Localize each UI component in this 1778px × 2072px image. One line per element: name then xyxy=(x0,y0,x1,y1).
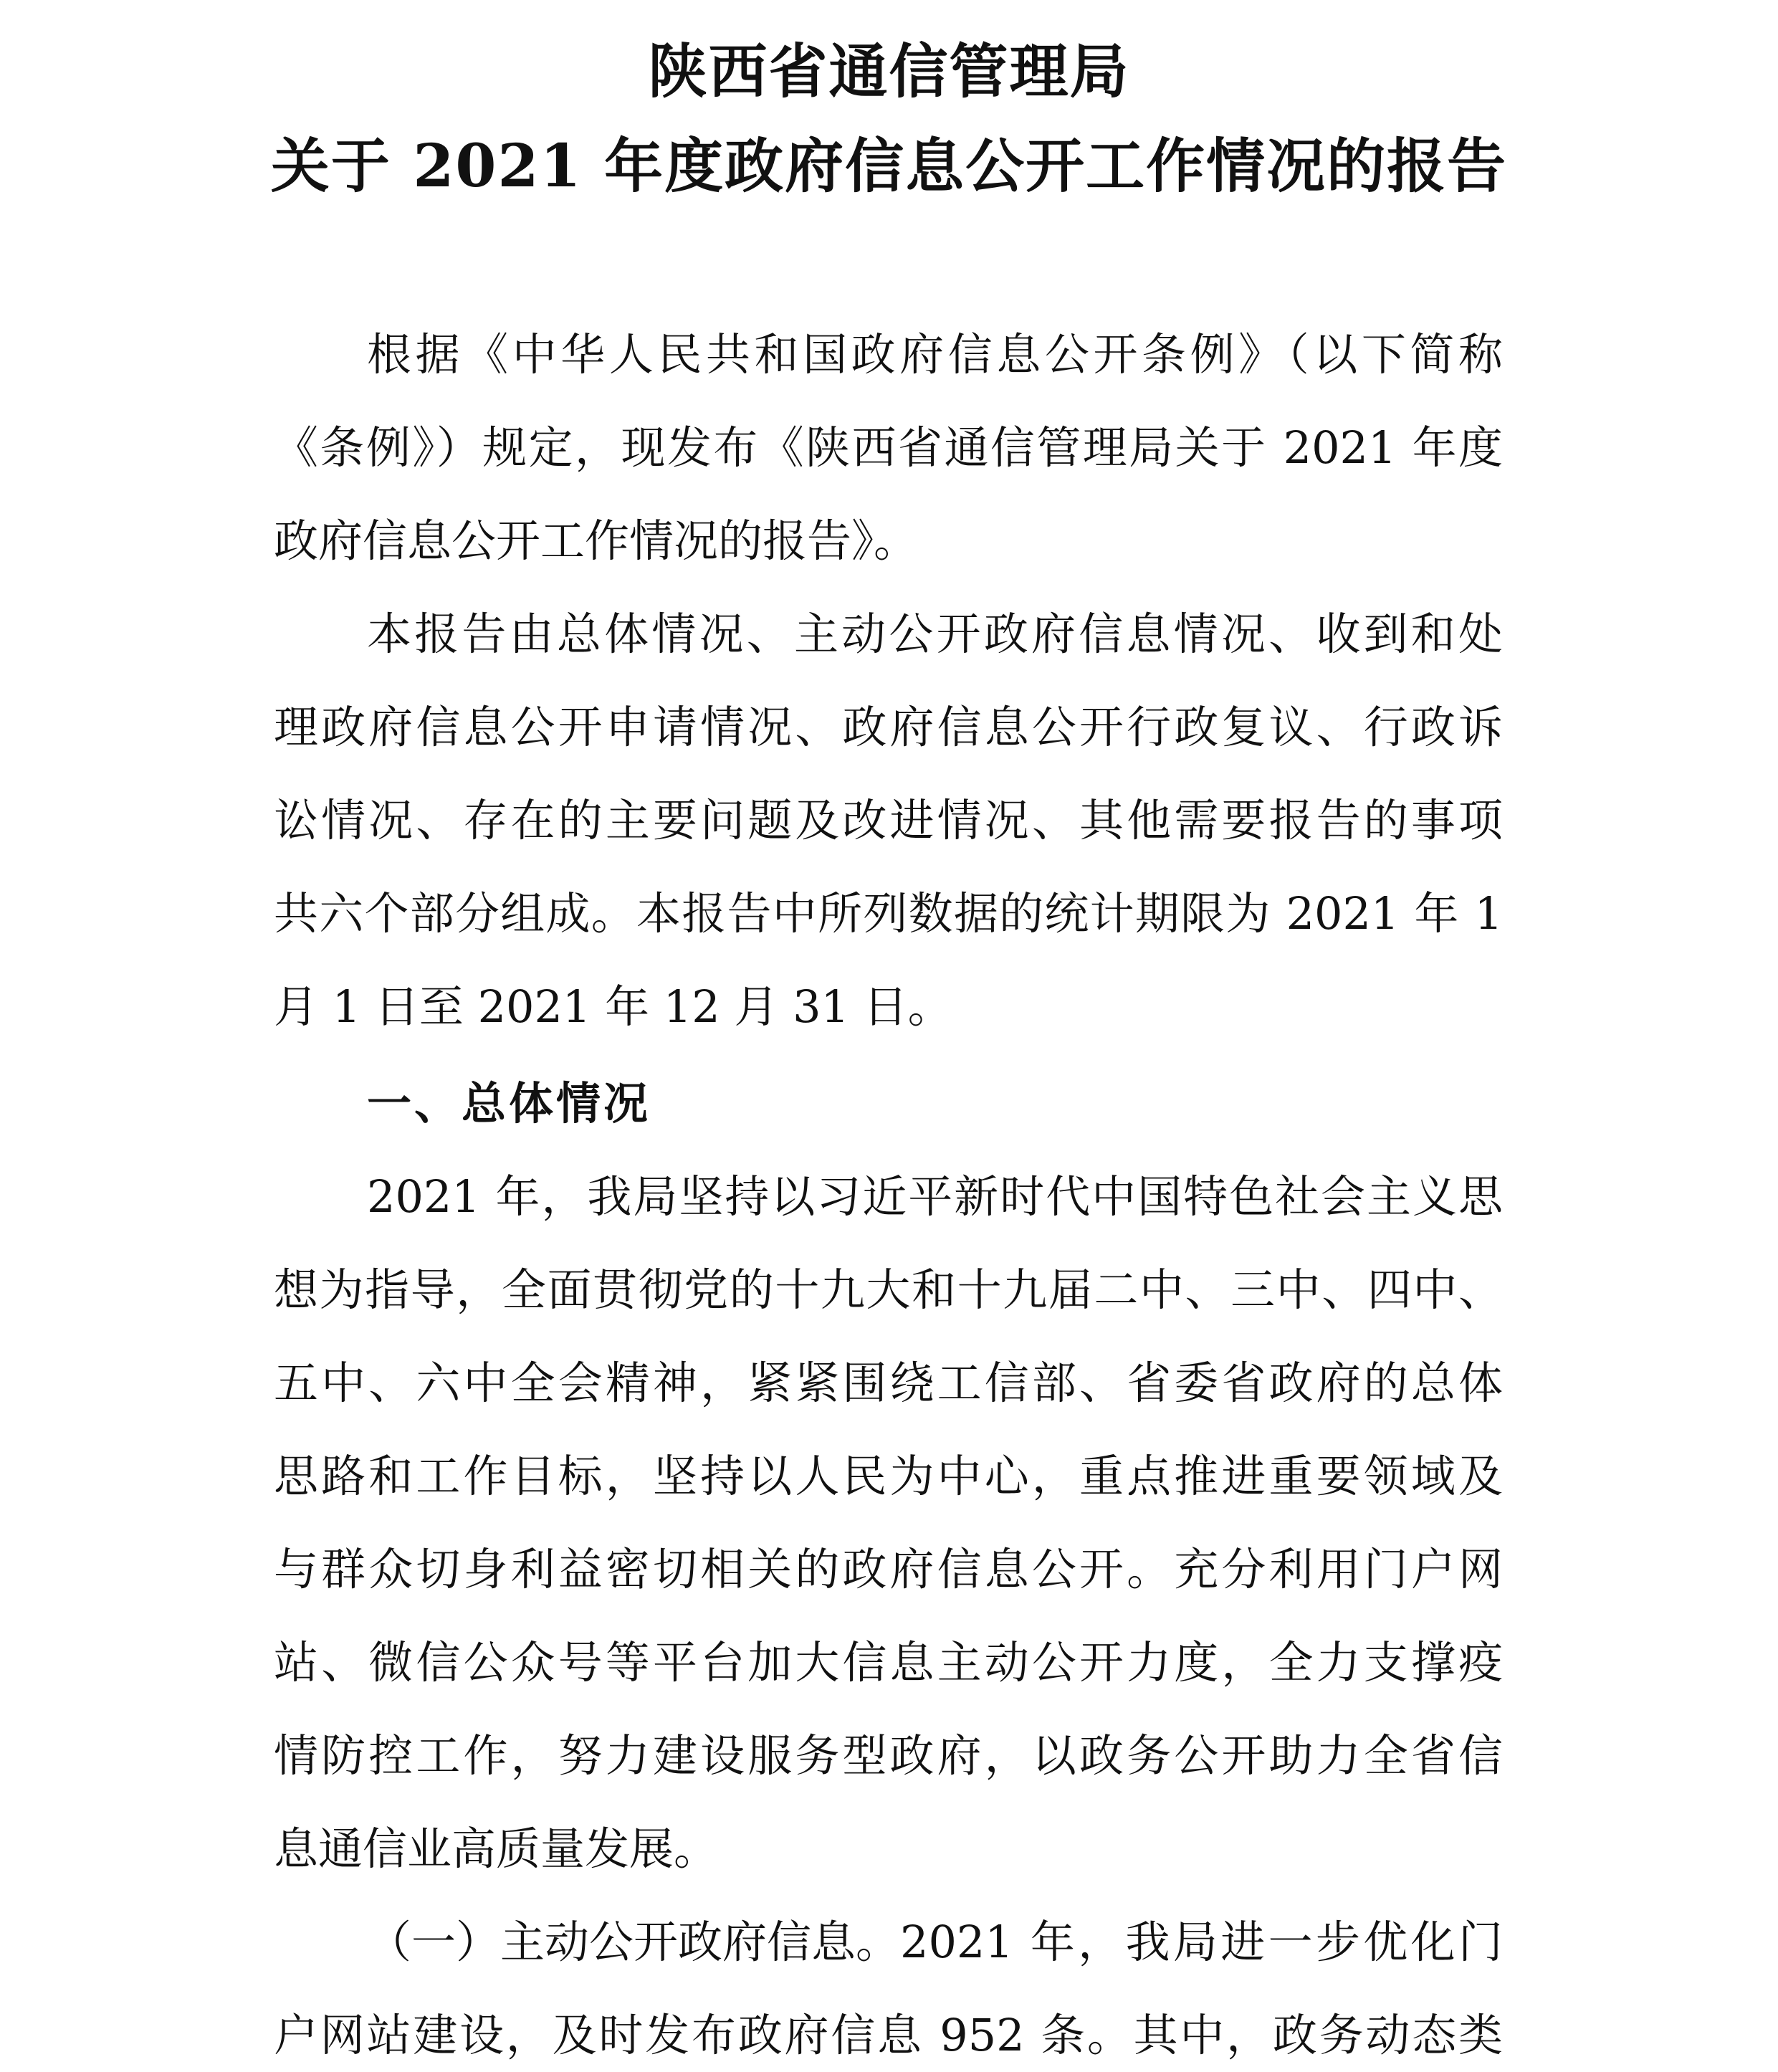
paragraph-4-line-1-text: 2021 年，我局进一步优化门 xyxy=(900,1914,1503,1971)
paragraph-3-line-7: 情防控工作，努力建设服务型政府，以政务公开助力全省信 xyxy=(274,1727,1503,1785)
subheading-proactive-disclosure: （一）主动公开政府信息。 xyxy=(367,1914,900,1971)
paragraph-4-line-1: （一）主动公开政府信息。2021 年，我局进一步优化门 xyxy=(367,1914,1503,1971)
paragraph-3-line-5: 与群众切身利益密切相关的政府信息公开。充分利用门户网 xyxy=(274,1541,1503,1598)
paragraph-3-line-3: 五中、六中全会精神，紧紧围绕工信部、省委省政府的总体 xyxy=(274,1355,1503,1412)
paragraph-1-line-2: 《条例》）规定，现发布《陕西省通信管理局关于 2021 年度 xyxy=(274,419,1503,477)
paragraph-1-line-3: 政府信息公开工作情况的报告》。 xyxy=(274,512,1503,570)
document-title-line-2: 关于 2021 年度政府信息公开工作情况的报告 xyxy=(0,130,1778,202)
paragraph-2-line-3: 讼情况、存在的主要问题及改进情况、其他需要报告的事项 xyxy=(274,792,1503,849)
paragraph-2-line-4: 共六个部分组成。本报告中所列数据的统计期限为 2021 年 1 xyxy=(274,885,1503,942)
paragraph-3-line-6: 站、微信公众号等平台加大信息主动公开力度，全力支撑疫 xyxy=(274,1634,1503,1691)
section-heading-overview: 一、总体情况 xyxy=(367,1075,1503,1132)
paragraph-2-line-1: 本报告由总体情况、主动公开政府信息情况、收到和处 xyxy=(367,606,1503,663)
paragraph-3-line-1: 2021 年，我局坚持以习近平新时代中国特色社会主义思 xyxy=(367,1168,1503,1226)
paragraph-3-line-4: 思路和工作目标，坚持以人民为中心，重点推进重要领域及 xyxy=(274,1448,1503,1505)
paragraph-2-line-2: 理政府信息公开申请情况、政府信息公开行政复议、行政诉 xyxy=(274,699,1503,756)
paragraph-3-line-8: 息通信业高质量发展。 xyxy=(274,1820,1503,1878)
paragraph-2-line-5: 月 1 日至 2021 年 12 月 31 日。 xyxy=(274,978,1503,1036)
document-page: 陕西省通信管理局 关于 2021 年度政府信息公开工作情况的报告 根据《中华人民… xyxy=(0,0,1778,2072)
paragraph-1-line-1: 根据《中华人民共和国政府信息公开条例》（以下简称 xyxy=(367,326,1503,383)
paragraph-3-line-2: 想为指导，全面贯彻党的十九大和十九届二中、三中、四中、 xyxy=(274,1261,1503,1319)
document-title-line-1: 陕西省通信管理局 xyxy=(0,36,1778,108)
paragraph-4-line-2: 户网站建设，及时发布政府信息 952 条。其中，政务动态类 xyxy=(274,2007,1503,2064)
